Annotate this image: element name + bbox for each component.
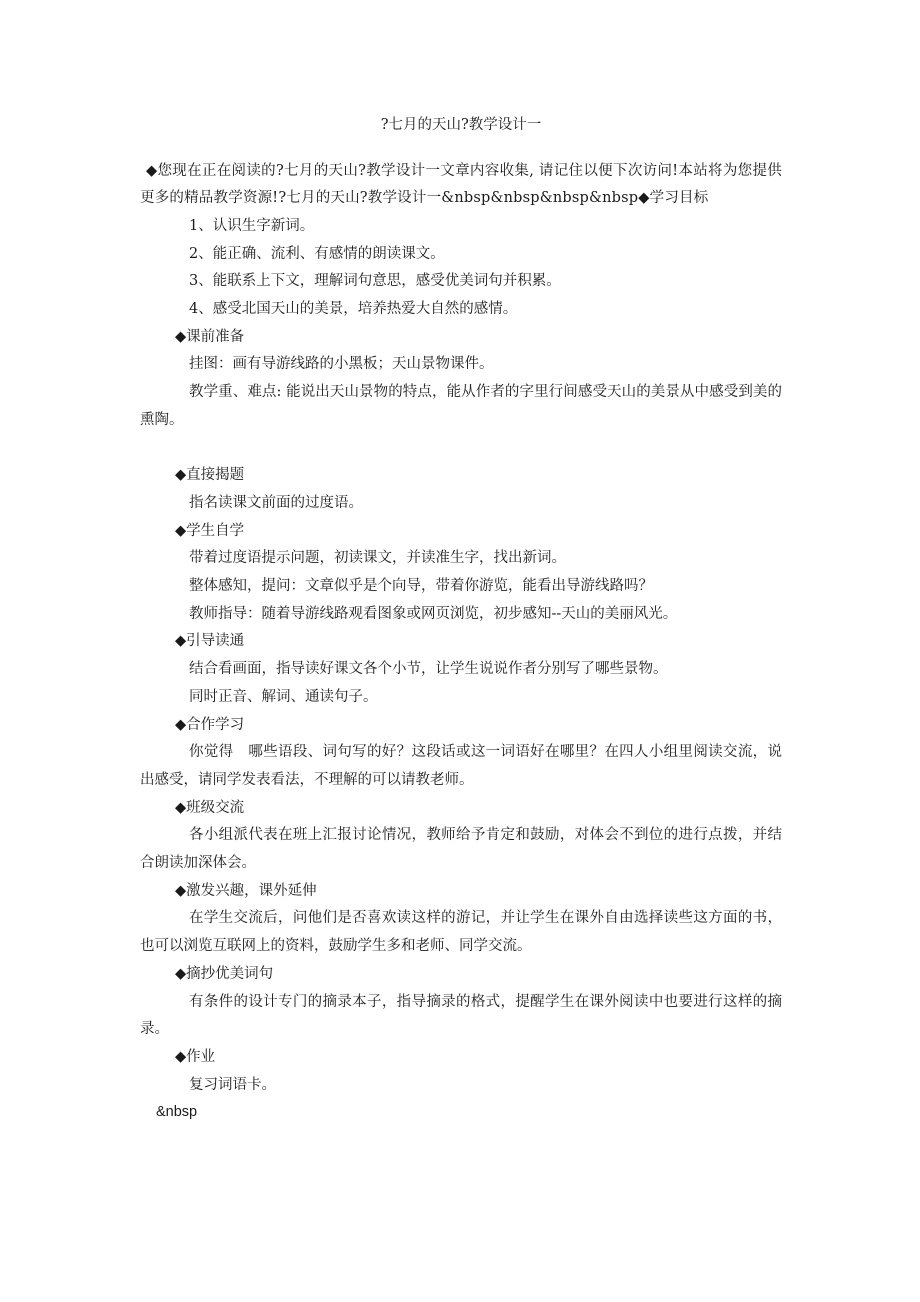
section-paragraph: 你觉得 哪些语段、词句写的好？这段话或这一词语好在哪里？在四人小组里阅读交流，说…	[140, 739, 782, 794]
section-paragraph: 在学生交流后，问他们是否喜欢读这样的游记，并让学生在课外自由选择读些这方面的书，…	[140, 905, 782, 960]
objective-item: 2、能正确、流利、有感情的朗读课文。	[140, 241, 782, 269]
objective-item: 4、感受北国天山的美景，培养热爱大自然的感情。	[140, 296, 782, 324]
section-paragraph: 各小组派代表在班上汇报讨论情况，教师给予肯定和鼓励，对体会不到位的进行点拨，并结…	[140, 822, 782, 877]
document-page: ?七月的天山?教学设计一 ◆您现在正在阅读的?七月的天山?教学设计一文章内容收集…	[140, 112, 782, 1127]
section-heading-self-study: ◆学生自学	[140, 518, 782, 546]
section-line: 同时正音、解词、通读句子。	[140, 684, 782, 712]
objectives-list: 1、认识生字新词。 2、能正确、流利、有感情的朗读课文。 3、能联系上下文，理解…	[140, 213, 782, 324]
document-title: ?七月的天山?教学设计一	[140, 112, 782, 140]
objective-item: 3、能联系上下文，理解词句意思，感受优美词句并积累。	[140, 268, 782, 296]
section-line: 带着过度语提示问题，初读课文，并读准生字，找出新词。	[140, 545, 782, 573]
section-paragraph: 有条件的设计专门的摘录本子，指导摘录的格式，提醒学生在课外阅读中也要进行这样的摘…	[140, 989, 782, 1044]
section-heading-preparation: ◆课前准备	[140, 324, 782, 352]
trailing-text: &nbsp	[140, 1099, 782, 1127]
section-heading-extension: ◆激发兴趣，课外延伸	[140, 878, 782, 906]
section-line: 教师指导：随着导游线路观看图象或网页浏览，初步感知--天山的美丽风光。	[140, 601, 782, 629]
section-line: 整体感知，提问：文章似乎是个向导，带着你游览，能看出导游线路吗？	[140, 573, 782, 601]
intro-paragraph: ◆您现在正在阅读的?七月的天山?教学设计一文章内容收集, 请记住以便下次访问!本…	[140, 158, 782, 213]
section-heading-class-exchange: ◆班级交流	[140, 795, 782, 823]
section-heading-introduce-topic: ◆直接揭题	[140, 462, 782, 490]
section-line: 指名读课文前面的过度语。	[140, 490, 782, 518]
section-line: 结合看画面，指导读好课文各个小节，让学生说说作者分别写了哪些景物。	[140, 656, 782, 684]
objective-item: 1、认识生字新词。	[140, 213, 782, 241]
section-heading-excerpts: ◆摘抄优美词句	[140, 961, 782, 989]
section-line: 挂图：画有导游线路的小黑板；天山景物课件。	[140, 351, 782, 379]
section-heading-cooperative-learning: ◆合作学习	[140, 712, 782, 740]
section-line: 复习词语卡。	[140, 1072, 782, 1100]
section-paragraph: 教学重、难点: 能说出天山景物的特点，能从作者的字里行间感受天山的美景从中感受到…	[140, 379, 782, 434]
section-heading-guided-reading: ◆引导读通	[140, 628, 782, 656]
section-heading-homework: ◆作业	[140, 1044, 782, 1072]
blank-line	[140, 435, 782, 463]
